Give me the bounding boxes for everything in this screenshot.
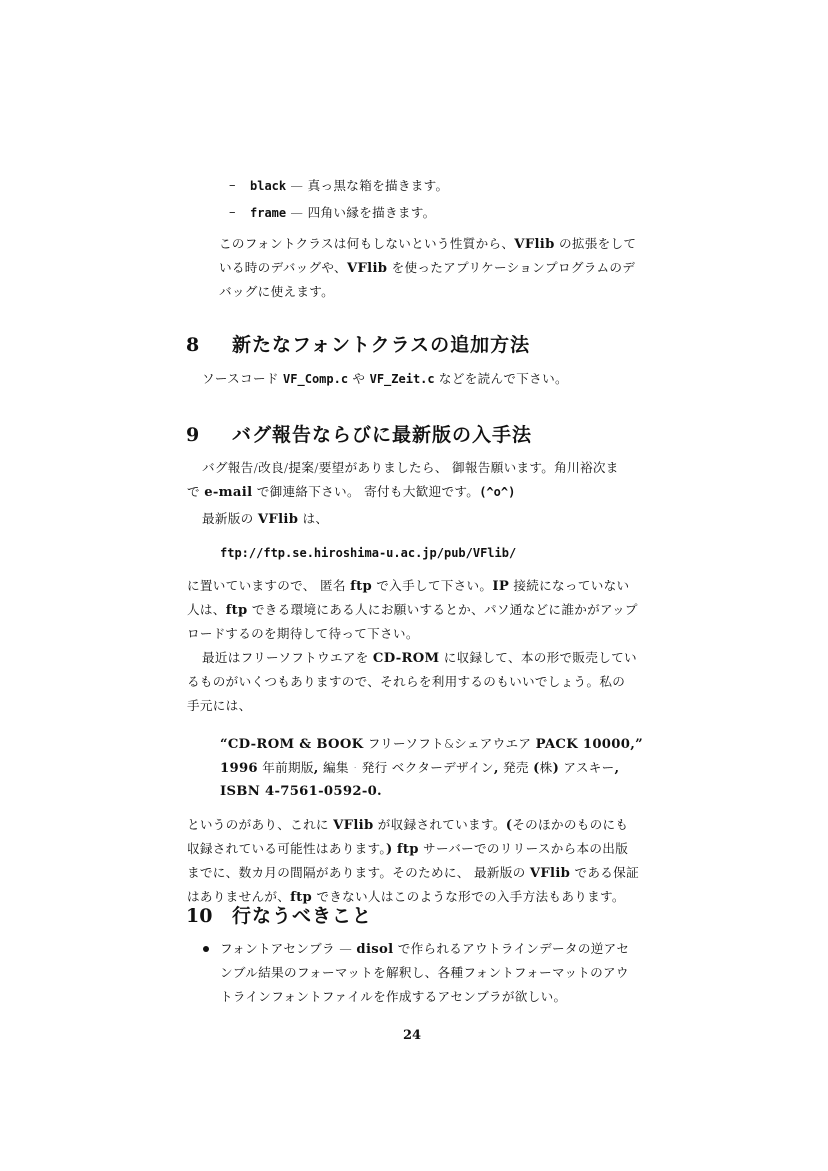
section-title: バグ報告ならびに最新版の入手法: [232, 423, 532, 447]
citation-line: 1996 年前期版, 編集 · 発行 ベクターデザイン, 発売 (株) アスキー…: [220, 760, 619, 777]
section-number: 10: [186, 904, 212, 928]
page-number: 24: [403, 1028, 421, 1043]
text-bold: ): [386, 842, 393, 857]
text: などを読んで下さい。: [435, 371, 568, 386]
text: が収録されています。: [373, 817, 505, 832]
paragraph-line: というのがあり、これに VFlib が収録されています。(そのほかのものにも: [187, 817, 628, 834]
dash-marker: –: [229, 205, 236, 221]
text: は、: [298, 511, 328, 526]
list-item-text: — 四角い縁を描きます。: [286, 205, 435, 220]
bullet-line: フォントアセンブラ — disol で作られるアウトラインデータの逆アセ: [220, 941, 629, 958]
text: フォントアセンブラ —: [220, 941, 356, 956]
paragraph-line: ロードするのを期待して待って下さい。: [187, 626, 419, 643]
text: というのがあり、これに: [187, 817, 333, 832]
text: このフォントクラスは何もしないという性質から、: [219, 236, 514, 251]
section-number: 9: [186, 423, 199, 447]
citation-line: “CD-ROM & BOOK フリーソフト&シェアウエア PACK 10000,…: [220, 736, 643, 753]
text: 編集 · 発行 ベクターデザイン: [319, 760, 494, 775]
text: 収録されている可能性はあります。: [187, 841, 386, 856]
text: に収録して、本の形で販売してい: [439, 650, 636, 665]
section-number: 8: [186, 333, 199, 357]
text: 接続になっていない: [509, 578, 629, 593]
text-bold: ftp: [290, 890, 312, 905]
paragraph-line: 最近はフリーソフトウエアを CD-ROM に収録して、本の形で販売してい: [202, 650, 637, 667]
text: ロードするのを期待して待って下さい。: [187, 626, 419, 641]
bullet-line: トラインフォントファイルを作成するアセンブラが欲しい。: [220, 989, 566, 1006]
text: はありませんが、: [187, 889, 290, 904]
list-item-black: black — 真っ黒な箱を描きます。: [250, 178, 448, 195]
text: ンブル結果のフォーマットを解釈し、各種フォントフォーマットのアウ: [220, 965, 629, 980]
text: バッグに使えます。: [219, 284, 334, 299]
ftp-url: ftp://ftp.se.hiroshima-u.ac.jp/pub/VFlib…: [220, 545, 516, 562]
text: で: [187, 484, 204, 499]
section-title: 新たなフォントクラスの追加方法: [232, 333, 530, 357]
text-bold: 1996: [220, 761, 258, 776]
paragraph-line: に置いていますので、 匿名 ftp で入手して下さい。IP 接続になっていない: [187, 578, 629, 595]
paragraph-line: いる時のデバッグや、VFlib を使ったアプリケーションプログラムのデ: [219, 260, 635, 277]
text-bold: IP: [492, 579, 509, 594]
text: サーバーでのリリースから本の出版: [419, 841, 628, 856]
text: 株: [540, 760, 553, 775]
text: 最近はフリーソフトウエアを: [202, 650, 373, 665]
text: フリーソフト&シェアウエア: [363, 736, 535, 751]
text: に置いていますので、 匿名: [187, 578, 350, 593]
paragraph-line: ソースコード VF_Comp.c や VF_Zeit.c などを読んで下さい。: [202, 371, 568, 388]
text-bold: CD-ROM: [373, 651, 440, 666]
code-black: black: [250, 179, 286, 193]
paragraph-line: るものがいくつもありますので、それらを利用するのもいいでしょう。私の: [187, 674, 625, 691]
text-bold: ftp: [350, 579, 372, 594]
text: で御連絡下さい。 寄付も大歓迎です。: [252, 484, 479, 499]
url-text: ftp://ftp.se.hiroshima-u.ac.jp/pub/VFlib…: [220, 546, 516, 560]
text: の拡張をして: [555, 236, 637, 251]
text: バグ報告/改良/提案/要望がありましたら、 御報告願います。角川裕次ま: [202, 460, 619, 475]
text-bold: “CD-ROM & BOOK: [220, 737, 363, 752]
text: 人は、: [187, 602, 226, 617]
text-bold: VFlib: [258, 512, 298, 527]
text-bold: VFlib: [347, 261, 387, 276]
paragraph-line: までに、数カ月の間隔があります。そのために、 最新版の VFlib である保証: [187, 865, 639, 882]
code-filename: VF_Comp.c: [283, 372, 348, 386]
text: を使ったアプリケーションプログラムのデ: [387, 260, 635, 275]
bullet-line: ンブル結果のフォーマットを解釈し、各種フォントフォーマットのアウ: [220, 965, 629, 982]
text: 最新版の: [202, 511, 258, 526]
text-bold: VFlib: [530, 866, 570, 881]
emoticon: (^o^): [479, 485, 515, 499]
text-bold: ftp: [226, 603, 248, 618]
text-bold: VFlib: [333, 818, 373, 833]
text: 発売: [499, 760, 533, 775]
list-item-text: — 真っ黒な箱を描きます。: [286, 178, 448, 193]
code-filename: VF_Zeit.c: [370, 372, 435, 386]
paragraph-line: 収録されている可能性はあります。) ftp サーバーでのリリースから本の出版: [187, 841, 628, 858]
paragraph-line: バグ報告/改良/提案/要望がありましたら、 御報告願います。角川裕次ま: [202, 460, 619, 477]
citation-line: ISBN 4-7561-0592-0.: [220, 784, 382, 800]
text-bold: e-mail: [204, 485, 252, 500]
text-bold: PACK 10000,”: [536, 737, 643, 752]
text-bold: ,: [615, 761, 620, 776]
text: ソースコード: [202, 371, 283, 386]
text: そのほかのものにも: [512, 817, 628, 832]
paragraph-line: 手元には、: [187, 698, 251, 715]
paragraph-line: バッグに使えます。: [219, 284, 334, 301]
text: で作られるアウトラインデータの逆アセ: [393, 941, 629, 956]
text: で入手して下さい。: [372, 578, 492, 593]
text: までに、数カ月の間隔があります。そのために、 最新版の: [187, 865, 530, 880]
dash-marker: –: [229, 178, 236, 194]
bullet-icon: [203, 946, 209, 952]
text: アスキー: [559, 760, 614, 775]
text: である保証: [570, 865, 639, 880]
text-bold: ISBN 4-7561-0592-0.: [220, 784, 382, 799]
paragraph-line: で e-mail で御連絡下さい。 寄付も大歓迎です。(^o^): [187, 484, 515, 501]
text: できる環境にある人にお願いするとか、パソ通などに誰かがアップ: [248, 602, 638, 617]
text: や: [348, 371, 370, 386]
text: トラインフォントファイルを作成するアセンブラが欲しい。: [220, 989, 566, 1004]
text: るものがいくつもありますので、それらを利用するのもいいでしょう。私の: [187, 674, 625, 689]
text: いる時のデバッグや、: [219, 260, 347, 275]
section-title: 行なうべきこと: [232, 904, 372, 928]
paragraph-line: 人は、ftp できる環境にある人にお願いするとか、パソ通などに誰かがアップ: [187, 602, 638, 619]
code-frame: frame: [250, 206, 286, 220]
list-item-frame: frame — 四角い縁を描きます。: [250, 205, 436, 222]
text-bold: disol: [356, 942, 393, 957]
text-bold: VFlib: [514, 237, 554, 252]
text: できない人はこのような形での入手方法もあります。: [312, 889, 625, 904]
text: 手元には、: [187, 698, 251, 713]
paragraph-line: このフォントクラスは何もしないという性質から、VFlib の拡張をして: [219, 236, 636, 253]
paragraph-line: 最新版の VFlib は、: [202, 511, 328, 528]
text: 年前期版: [258, 760, 314, 775]
text-bold: ftp: [397, 842, 419, 857]
